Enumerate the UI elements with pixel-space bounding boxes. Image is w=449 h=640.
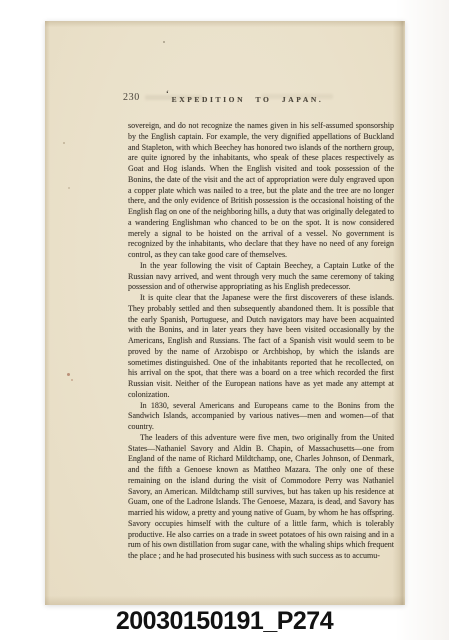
body-paragraph: It is quite clear that the Japanese were…: [128, 293, 394, 401]
page-body: sovereign, and do not recognize the name…: [128, 121, 394, 562]
ink-speck: [63, 142, 65, 144]
body-paragraph: In 1830, several Americans and Europeans…: [128, 401, 394, 433]
body-paragraph: In the year following the visit of Capta…: [128, 261, 394, 293]
foxing-spot: [71, 379, 73, 381]
book-page: 230 ʻ EXPEDITION TO JAPAN. sovereign, an…: [45, 21, 405, 605]
ink-speck: [68, 187, 70, 189]
running-header: EXPEDITION TO JAPAN.: [115, 95, 380, 104]
scan-backdrop: 230 ʻ EXPEDITION TO JAPAN. sovereign, an…: [0, 0, 449, 640]
body-paragraph: sovereign, and do not recognize the name…: [128, 121, 394, 261]
artifact-id-label: 20030150191_P274: [0, 607, 449, 635]
ink-speck: [163, 41, 165, 43]
body-paragraph: The leaders of this adventure were five …: [128, 433, 394, 562]
foxing-spot: [67, 373, 70, 376]
